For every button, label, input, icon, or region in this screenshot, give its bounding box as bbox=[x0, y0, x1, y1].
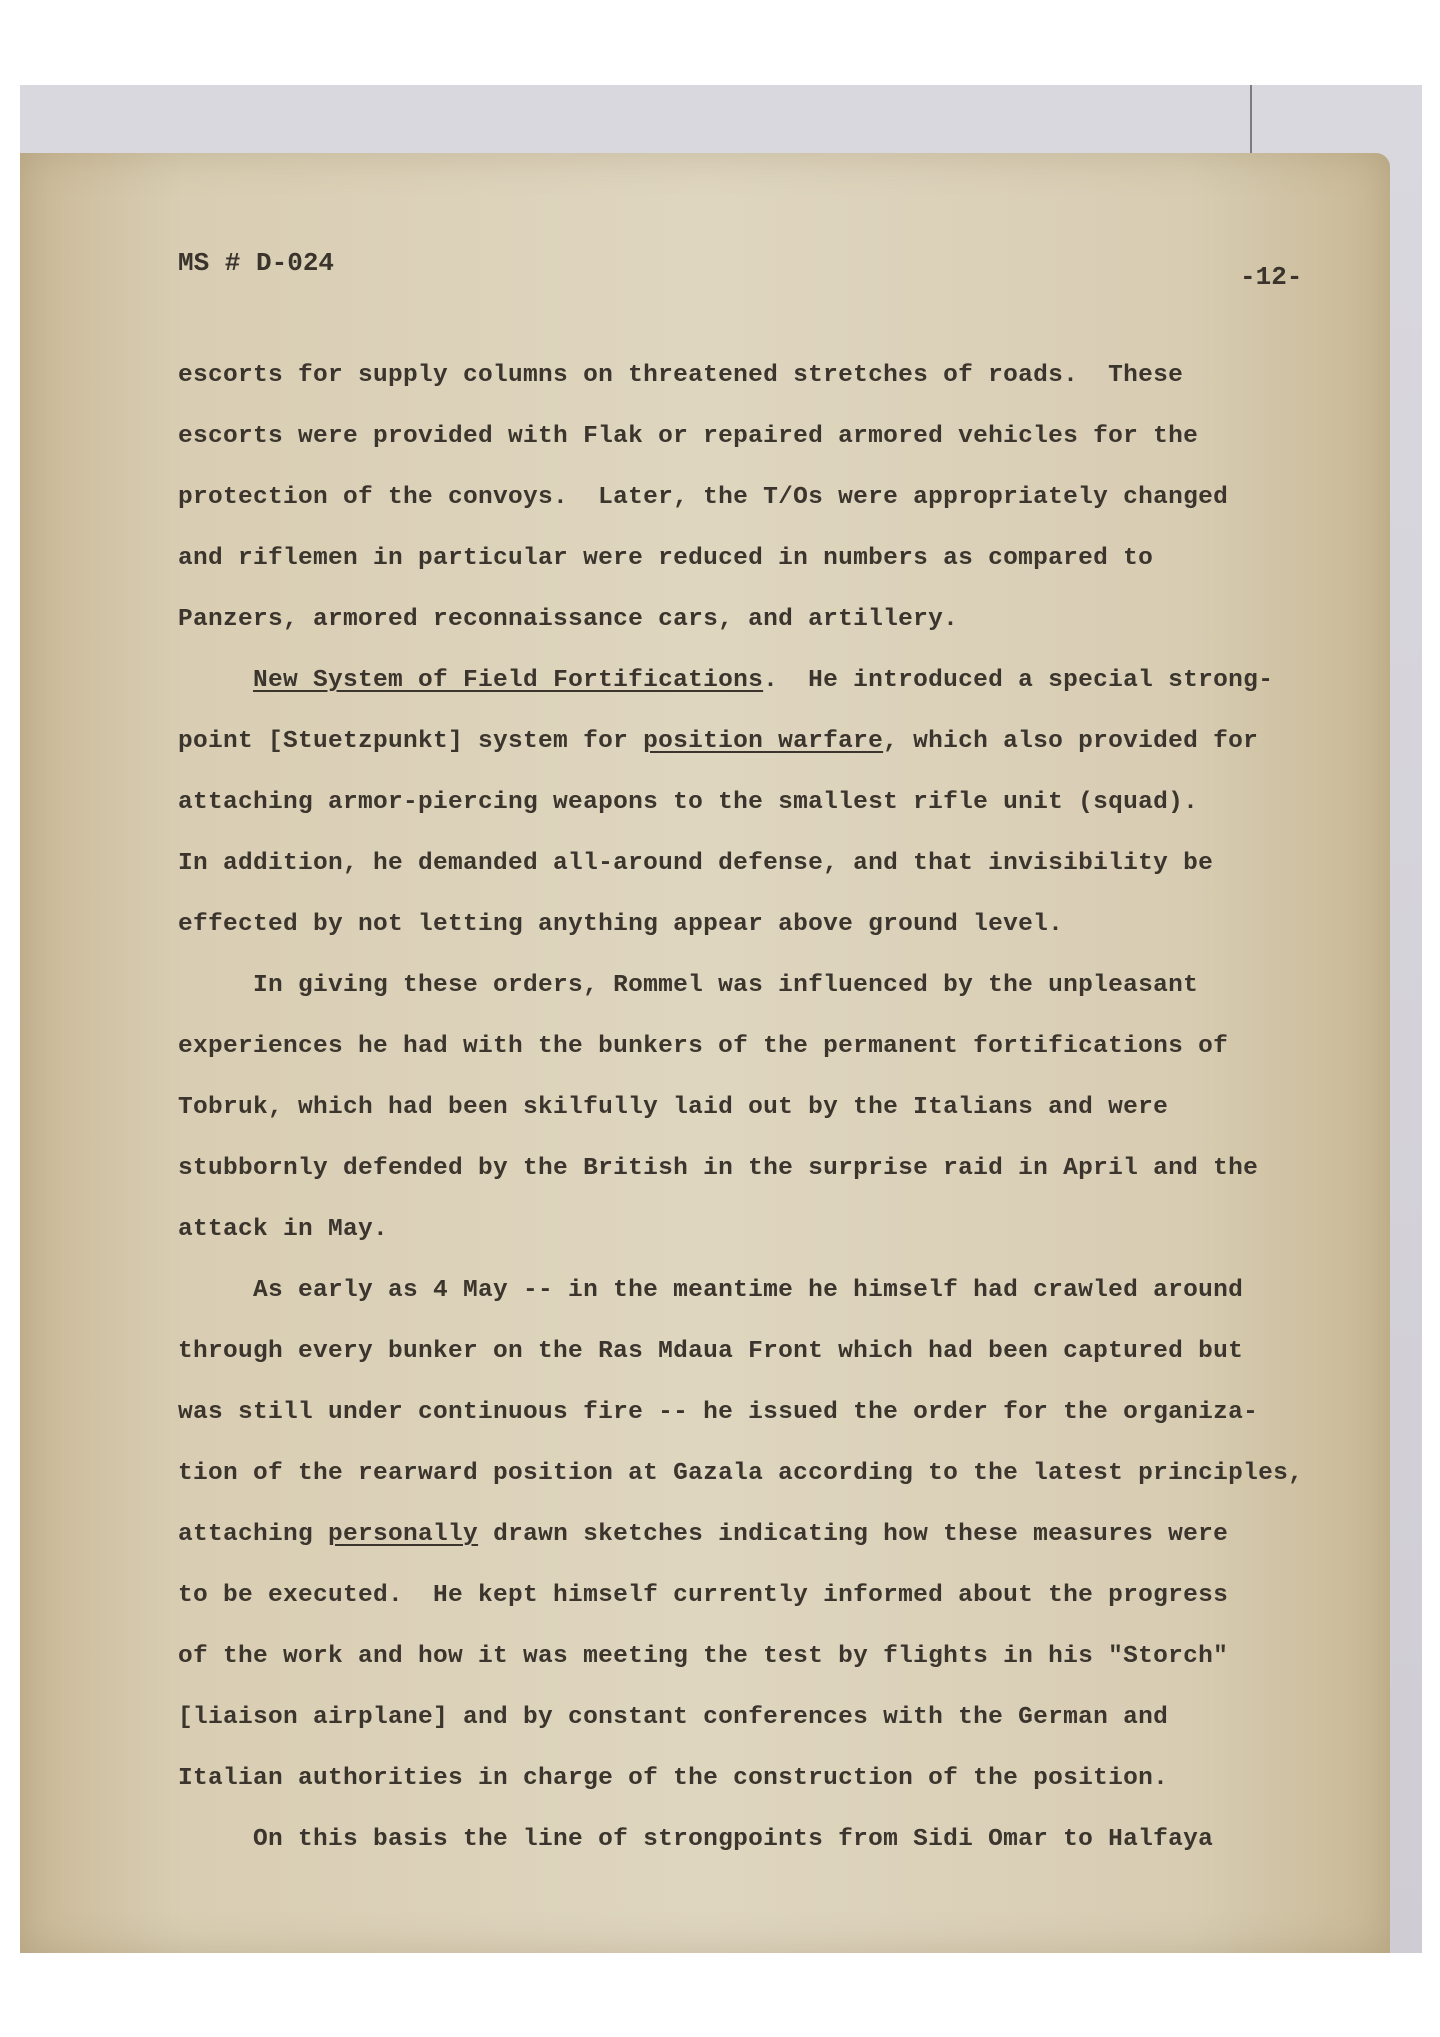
indent bbox=[178, 667, 253, 694]
text-line: On this basis the line of strongpoints f… bbox=[178, 1809, 1338, 1870]
text-line: and riflemen in particular were reduced … bbox=[178, 528, 1338, 589]
text-line: experiences he had with the bunkers of t… bbox=[178, 1016, 1338, 1077]
text-line: attaching armor-piercing weapons to the … bbox=[178, 772, 1338, 833]
text-segment: , which also provided for bbox=[883, 728, 1258, 755]
text-line: escorts for supply columns on threatened… bbox=[178, 345, 1338, 406]
text-line: stubbornly defended by the British in th… bbox=[178, 1138, 1338, 1199]
text-line: Italian authorities in charge of the con… bbox=[178, 1748, 1338, 1809]
text-line: to be executed. He kept himself currentl… bbox=[178, 1565, 1338, 1626]
section-heading-line: New System of Field Fortifications. He i… bbox=[178, 650, 1338, 711]
text-line: protection of the convoys. Later, the T/… bbox=[178, 467, 1338, 528]
text-line: [liaison airplane] and by constant confe… bbox=[178, 1687, 1338, 1748]
text-segment: point [Stuetzpunkt] system for bbox=[178, 728, 643, 755]
text-line: attack in May. bbox=[178, 1199, 1338, 1260]
text-line: As early as 4 May -- in the meantime he … bbox=[178, 1260, 1338, 1321]
text-line: In giving these orders, Rommel was influ… bbox=[178, 955, 1338, 1016]
text-line: Tobruk, which had been skilfully laid ou… bbox=[178, 1077, 1338, 1138]
text-line: point [Stuetzpunkt] system for position … bbox=[178, 711, 1338, 772]
text-line: attaching personally drawn sketches indi… bbox=[178, 1504, 1338, 1565]
text-segment: attaching bbox=[178, 1521, 328, 1548]
page-number: -12- bbox=[1240, 262, 1302, 292]
background-edge-line bbox=[1250, 85, 1252, 155]
text-segment: . He introduced a special strong- bbox=[763, 667, 1273, 694]
underlined-term: position warfare bbox=[643, 728, 883, 755]
underlined-term: personally bbox=[328, 1521, 478, 1548]
text-line: of the work and how it was meeting the t… bbox=[178, 1626, 1338, 1687]
text-line: Panzers, armored reconnaissance cars, an… bbox=[178, 589, 1338, 650]
text-line: through every bunker on the Ras Mdaua Fr… bbox=[178, 1321, 1338, 1382]
text-line: effected by not letting anything appear … bbox=[178, 894, 1338, 955]
manuscript-id: MS # D-024 bbox=[178, 248, 334, 278]
text-line: In addition, he demanded all-around defe… bbox=[178, 833, 1338, 894]
text-line: was still under continuous fire -- he is… bbox=[178, 1382, 1338, 1443]
text-segment: drawn sketches indicating how these meas… bbox=[478, 1521, 1228, 1548]
document-body: escorts for supply columns on threatened… bbox=[178, 345, 1338, 1870]
section-heading: New System of Field Fortifications bbox=[253, 667, 763, 694]
text-line: escorts were provided with Flak or repai… bbox=[178, 406, 1338, 467]
text-line: tion of the rearward position at Gazala … bbox=[178, 1443, 1338, 1504]
